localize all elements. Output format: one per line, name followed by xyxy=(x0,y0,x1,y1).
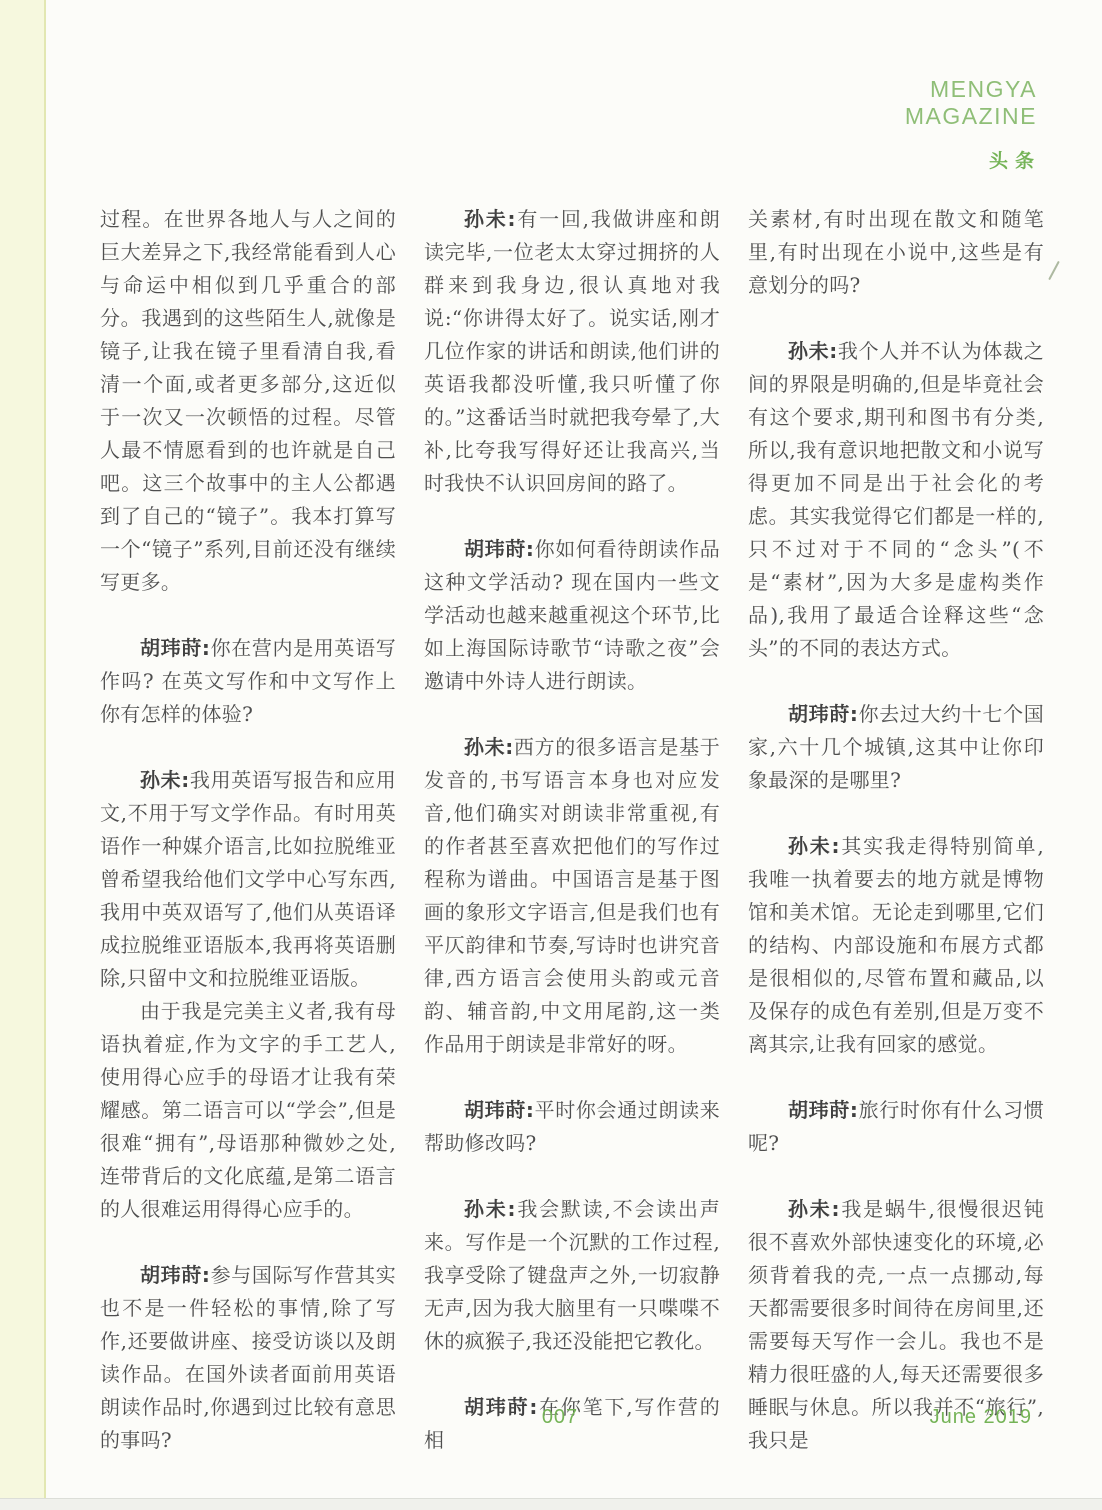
speaker-name: 胡玮莳: xyxy=(788,702,858,726)
interview-paragraph: 孙未:有一回,我做讲座和朗读完毕,一位老太太穿过拥挤的人群来到我身边,很认真地对… xyxy=(424,203,720,500)
paragraph-text: 我个人并不认为体裁之间的界限是明确的,但是毕竟社会有这个要求,期刊和图书有分类,… xyxy=(748,339,1044,660)
paragraph-text: 我用英语写报告和应用文,不用于写文学作品。有时用英语作一种媒介语言,比如拉脱维亚… xyxy=(100,768,396,990)
interview-paragraph: 胡玮莳:参与国际写作营其实也不是一件轻松的事情,除了写作,还要做讲座、接受访谈以… xyxy=(100,1259,396,1457)
interview-paragraph: 由于我是完美主义者,我有母语执着症,作为文字的手工艺人,使用得心应手的母语才让我… xyxy=(100,995,396,1226)
paragraph-text: 西方的很多语言是基于发音的,书写语言本身也对应发音,他们确实对朗读非常重视,有的… xyxy=(424,735,720,1056)
speaker-name: 孙未: xyxy=(464,735,514,759)
speaker-name: 胡玮莳: xyxy=(464,537,534,561)
speaker-name: 胡玮莳: xyxy=(788,1098,858,1122)
scan-stray-mark xyxy=(1048,261,1060,280)
paragraph-text: 参与国际写作营其实也不是一件轻松的事情,除了写作,还要做讲座、接受访谈以及朗读作… xyxy=(100,1263,396,1452)
magazine-page: MENGYA MAGAZINE 头条 过程。在世界各地人与人之间的巨大差异之下,… xyxy=(0,0,1102,1510)
magazine-name-line1: MENGYA xyxy=(905,76,1037,103)
interview-paragraph: 胡玮莳:旅行时你有什么习惯呢? xyxy=(748,1094,1044,1160)
paragraph-text: 其实我走得特别简单,我唯一执着要去的地方就是博物馆和美术馆。无论走到哪里,它们的… xyxy=(748,834,1044,1056)
speaker-name: 孙未: xyxy=(788,834,840,858)
speaker-name: 孙未: xyxy=(788,339,838,363)
paragraph-text: 关素材,有时出现在散文和随笔里,有时出现在小说中,这些是有意划分的吗? xyxy=(748,207,1044,297)
speaker-name: 胡玮莳: xyxy=(140,636,210,660)
interview-paragraph: 胡玮莳:平时你会通过朗读来帮助修改吗? xyxy=(424,1094,720,1160)
speaker-name: 胡玮莳: xyxy=(464,1098,534,1122)
interview-paragraph: 孙未:其实我走得特别简单,我唯一执着要去的地方就是博物馆和美术馆。无论走到哪里,… xyxy=(748,830,1044,1061)
scan-bottom-edge xyxy=(0,1498,1102,1510)
speaker-name: 孙未: xyxy=(140,768,190,792)
interview-paragraph: 关素材,有时出现在散文和随笔里,有时出现在小说中,这些是有意划分的吗? xyxy=(748,203,1044,302)
article-column-3: 关素材,有时出现在散文和随笔里,有时出现在小说中,这些是有意划分的吗? 孙未:我… xyxy=(748,203,1044,1457)
paragraph-text: 有一回,我做讲座和朗读完毕,一位老太太穿过拥挤的人群来到我身边,很认真地对我说:… xyxy=(424,207,720,495)
article-column-1: 过程。在世界各地人与人之间的巨大差异之下,我经常能看到人心与命运中相似到几乎重合… xyxy=(100,203,396,1457)
speaker-name: 胡玮莳: xyxy=(464,1395,538,1419)
page-number: 007 xyxy=(528,1406,592,1429)
interview-paragraph: 孙未:我用英语写报告和应用文,不用于写文学作品。有时用英语作一种媒介语言,比如拉… xyxy=(100,764,396,995)
speaker-name: 孙未: xyxy=(464,1197,516,1221)
speaker-name: 孙未: xyxy=(464,207,516,231)
interview-paragraph: 孙未:我会默读,不会读出声来。写作是一个沉默的工作过程,我享受除了键盘声之外,一… xyxy=(424,1193,720,1358)
issue-date: June 2019 xyxy=(930,1406,1032,1429)
interview-paragraph: 孙未:西方的很多语言是基于发音的,书写语言本身也对应发音,他们确实对朗读非常重视… xyxy=(424,731,720,1061)
article-columns: 过程。在世界各地人与人之间的巨大差异之下,我经常能看到人心与命运中相似到几乎重合… xyxy=(100,203,1044,1457)
article-column-2: 孙未:有一回,我做讲座和朗读完毕,一位老太太穿过拥挤的人群来到我身边,很认真地对… xyxy=(424,203,720,1457)
magazine-masthead: MENGYA MAGAZINE xyxy=(905,76,1037,130)
interview-paragraph: 胡玮莳:你在营内是用英语写作吗? 在英文写作和中文写作上你有怎样的体验? xyxy=(100,632,396,731)
interview-paragraph: 胡玮莳:你去过大约十七个国家,六十几个城镇,这其中让你印象最深的是哪里? xyxy=(748,698,1044,797)
speaker-name: 胡玮莳: xyxy=(140,1263,210,1287)
paragraph-text: 过程。在世界各地人与人之间的巨大差异之下,我经常能看到人心与命运中相似到几乎重合… xyxy=(100,207,396,594)
magazine-name-line2: MAGAZINE xyxy=(905,103,1037,130)
speaker-name: 孙未: xyxy=(788,1197,840,1221)
interview-paragraph: 过程。在世界各地人与人之间的巨大差异之下,我经常能看到人心与命运中相似到几乎重合… xyxy=(100,203,396,599)
page-binding-strip xyxy=(0,0,46,1510)
interview-paragraph: 胡玮莳:你如何看待朗读作品这种文学活动? 现在国内一些文学活动也越来越重视这个环… xyxy=(424,533,720,698)
paragraph-text: 由于我是完美主义者,我有母语执着症,作为文字的手工艺人,使用得心应手的母语才让我… xyxy=(100,999,396,1221)
interview-paragraph: 孙未:我个人并不认为体裁之间的界限是明确的,但是毕竟社会有这个要求,期刊和图书有… xyxy=(748,335,1044,665)
section-label: 头条 xyxy=(989,146,1041,173)
